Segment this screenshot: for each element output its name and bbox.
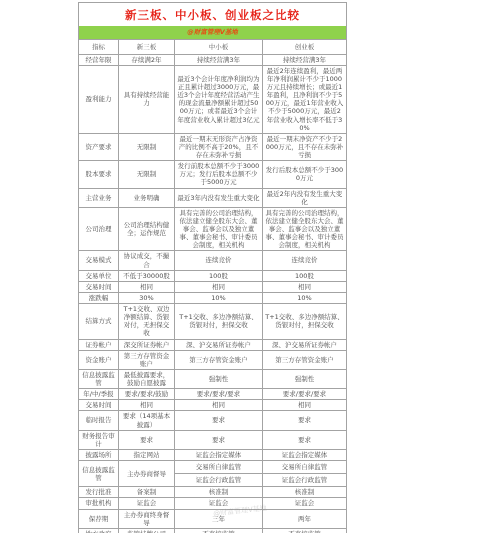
table-row: 审批机构证监会证监会证监会 xyxy=(79,498,347,509)
table-cell: 公司治理结构健全；运作规范 xyxy=(119,207,175,251)
table-cell: 主办券商督导 xyxy=(119,461,175,487)
header-cell-neeq: 新三板 xyxy=(119,39,175,54)
table-row: 财务报告审计要求要求要求 xyxy=(79,430,347,449)
row-label: 交易单位 xyxy=(79,270,119,281)
table-cell: 要求 xyxy=(175,430,263,449)
table-cell: 最近一期末净资产不少于2000万元，且不存在未弥补亏损 xyxy=(263,133,347,160)
table-cell: 第三方存管资金账户 xyxy=(263,350,347,369)
row-label: 交易时间 xyxy=(79,281,119,292)
table-row: 交易时间相同相同相同 xyxy=(79,281,347,292)
table-cell: 三年 xyxy=(175,509,263,528)
table-cell: 无限制 xyxy=(119,161,175,188)
table-row: 资金账户第三方存管资金账户第三方存管资金账户第三方存管资金账户 xyxy=(79,350,347,369)
table-cell: 证监会 xyxy=(119,498,175,509)
table-subcell: 交易所自律监管 xyxy=(263,461,346,473)
table-cell: 交易所自律监管证监会行政监管 xyxy=(175,461,263,487)
table-row: 资产要求无限制最近一期末无形资产占净资产的比例不高于20%，且不存在未弥补亏损最… xyxy=(79,133,347,160)
table-row: 交易模式协议成交，不撮合连续竞价连续竞价 xyxy=(79,251,347,270)
table-row: 证券帐户深交所证券帐户深、沪交易所证券帐户深、沪交易所证券帐户 xyxy=(79,339,347,350)
banner-cell: @财富管理V基地 xyxy=(79,26,347,39)
row-label: 临时报告 xyxy=(79,411,119,430)
row-label: 信息披露监管 xyxy=(79,461,119,487)
page-title: 新三板、中小板、创业板之比较 xyxy=(79,3,347,27)
table-cell: 核准制 xyxy=(263,487,347,498)
table-cell: 深、沪交易所证券帐户 xyxy=(175,339,263,350)
row-label: 交易时间 xyxy=(79,400,119,411)
table-cell: 发行后股本总额不少于3000万元 xyxy=(263,161,347,188)
table-cell: 证监会 xyxy=(175,498,263,509)
table-cell: 强制性 xyxy=(175,369,263,388)
table-cell: 连续竞价 xyxy=(175,251,263,270)
row-label: 经营年限 xyxy=(79,54,119,65)
table-cell: 核准制 xyxy=(175,487,263,498)
table-row: 涨跌幅30%10%10% xyxy=(79,292,347,303)
row-label: 披露场所 xyxy=(79,449,119,460)
table-cell: 发行前股本总额不少于3000万元；发行后股本总额不少于5000万元 xyxy=(175,161,263,188)
table-cell: 最近2年内没有发生重大变化 xyxy=(263,188,347,207)
table-cell: 交易所自律监管证监会行政监管 xyxy=(263,461,347,487)
table-cell: 要求（14项基本披露） xyxy=(119,411,175,430)
table-cell: 相同 xyxy=(119,400,175,411)
table-row: 临时报告要求（14项基本披露）要求要求 xyxy=(79,411,347,430)
table-cell: 持续经营满3年 xyxy=(175,54,263,65)
table-row: 地方政府监管挂牌公司不直接监管不直接监管 xyxy=(79,528,347,533)
title-row: 新三板、中小板、创业板之比较 xyxy=(79,3,347,27)
row-label: 公司治理 xyxy=(79,207,119,251)
table-row: 交易时间相同相同相同 xyxy=(79,400,347,411)
table-cell: 最近2年连续盈利，最近两年净利润累计不少于1000万元且持续增长；或最近1年盈利… xyxy=(263,65,347,133)
table-cell: 最低披露要求，鼓励自愿披露 xyxy=(119,369,175,388)
table-cell: 100股 xyxy=(175,270,263,281)
table-row: 年/中/季报要求/要求/鼓励要求/要求/要求要求/要求/要求 xyxy=(79,389,347,400)
table-cell: 连续竞价 xyxy=(263,251,347,270)
row-label: 资产要求 xyxy=(79,133,119,160)
table-row: 股本要求无限制发行前股本总额不少于3000万元；发行后股本总额不少于5000万元… xyxy=(79,161,347,188)
header-cell-indicator: 指标 xyxy=(79,39,119,54)
row-label: 交易模式 xyxy=(79,251,119,270)
table-cell: 相同 xyxy=(175,400,263,411)
row-label: 信息披露监管 xyxy=(79,369,119,388)
table-cell: 深交所证券帐户 xyxy=(119,339,175,350)
row-label: 主营业务 xyxy=(79,188,119,207)
table-cell: T+1交收、多边净额结算、货银对付，担保交收 xyxy=(263,304,347,340)
table-cell: 不直接监管 xyxy=(263,528,347,533)
table-cell: 100股 xyxy=(263,270,347,281)
header-cell-sme: 中小板 xyxy=(175,39,263,54)
table-row: 公司治理公司治理结构健全；运作规范具有完善的公司治理结构，依法建立健全股东大会、… xyxy=(79,207,347,251)
table-cell: 持续经营满3年 xyxy=(263,54,347,65)
table-cell: 10% xyxy=(263,292,347,303)
table-row: 发行批准备案制核准制核准制 xyxy=(79,487,347,498)
table-cell: T+1交收、双边净额结算、货银对付，无担保交收 xyxy=(119,304,175,340)
row-label: 年/中/季报 xyxy=(79,389,119,400)
table-cell: 无限制 xyxy=(119,133,175,160)
table-cell: 要求 xyxy=(119,430,175,449)
table-cell: 相同 xyxy=(119,281,175,292)
table-cell: 相同 xyxy=(263,400,347,411)
table-cell: 证监会 xyxy=(263,498,347,509)
table-header-row: 指标 新三板 中小板 创业板 xyxy=(79,39,347,54)
header-cell-chinext: 创业板 xyxy=(263,39,347,54)
table-cell: 存续满2年 xyxy=(119,54,175,65)
row-label: 保荐期 xyxy=(79,509,119,528)
row-label: 股本要求 xyxy=(79,161,119,188)
table-row: 主营业务业务明确最近3年内没有发生重大变化最近2年内没有发生重大变化 xyxy=(79,188,347,207)
table-cell: 第三方存管资金账户 xyxy=(119,350,175,369)
row-label: 地方政府 xyxy=(79,528,119,533)
row-label: 审批机构 xyxy=(79,498,119,509)
table-row: 盈利能力具有持续经营能力最近3个会计年度净利润均为正且累计超过3000万元，最近… xyxy=(79,65,347,133)
row-label: 结算方式 xyxy=(79,304,119,340)
table-cell: 指定网站 xyxy=(119,449,175,460)
row-label: 盈利能力 xyxy=(79,65,119,133)
table-row: 保荐期主办券商终身督导三年两年 xyxy=(79,509,347,528)
table-cell: 要求/要求/鼓励 xyxy=(119,389,175,400)
table-cell: 要求 xyxy=(263,411,347,430)
table-row: 结算方式T+1交收、双边净额结算、货银对付，无担保交收T+1交收、多边净额结算、… xyxy=(79,304,347,340)
table-cell: 要求/要求/要求 xyxy=(175,389,263,400)
table-subcell: 证监会行政监管 xyxy=(263,473,346,486)
table-row: 信息披露监管主办券商督导交易所自律监管证监会行政监管交易所自律监管证监会行政监管 xyxy=(79,461,347,487)
table-cell: 具有完善的公司治理结构，依法建立健全股东大会、董事会、监事会以及独立董事、董事会… xyxy=(175,207,263,251)
table-subcell: 证监会行政监管 xyxy=(175,473,262,486)
table-cell: 10% xyxy=(175,292,263,303)
table-cell: 两年 xyxy=(263,509,347,528)
row-label: 涨跌幅 xyxy=(79,292,119,303)
row-label: 证券帐户 xyxy=(79,339,119,350)
table-cell: 证监会指定媒体 xyxy=(263,449,347,460)
comparison-sheet: 新三板、中小板、创业板之比较 @财富管理V基地 指标 新三板 中小板 创业板 经… xyxy=(78,2,346,533)
table-cell: 具有持续经营能力 xyxy=(119,65,175,133)
table-cell: 协议成交，不撮合 xyxy=(119,251,175,270)
banner: @财富管理V基地 xyxy=(79,26,347,39)
table-cell: 第三方存管资金账户 xyxy=(175,350,263,369)
table-row: 信息披露监管最低披露要求，鼓励自愿披露强制性强制性 xyxy=(79,369,347,388)
table-cell: 业务明确 xyxy=(119,188,175,207)
table-cell: 不低于30000股 xyxy=(119,270,175,281)
table-cell: 相同 xyxy=(175,281,263,292)
row-label: 财务报告审计 xyxy=(79,430,119,449)
comparison-table: 新三板、中小板、创业板之比较 @财富管理V基地 指标 新三板 中小板 创业板 经… xyxy=(78,2,347,533)
table-cell: 最近3个会计年度净利润均为正且累计超过3000万元，最近3个会计年度经营活动产生… xyxy=(175,65,263,133)
table-cell: 主办券商终身督导 xyxy=(119,509,175,528)
table-cell: 备案制 xyxy=(119,487,175,498)
table-cell: 要求 xyxy=(263,430,347,449)
table-cell: 最近一期末无形资产占净资产的比例不高于20%，且不存在未弥补亏损 xyxy=(175,133,263,160)
table-cell: 强制性 xyxy=(263,369,347,388)
table-cell: 要求 xyxy=(175,411,263,430)
table-cell: 30% xyxy=(119,292,175,303)
banner-text: @财富管理V基地 xyxy=(187,28,238,36)
table-row: 交易单位不低于30000股100股100股 xyxy=(79,270,347,281)
table-cell: 要求/要求/要求 xyxy=(263,389,347,400)
table-subcell: 交易所自律监管 xyxy=(175,461,262,473)
table-cell: 相同 xyxy=(263,281,347,292)
row-label: 资金账户 xyxy=(79,350,119,369)
table-row: 经营年限存续满2年持续经营满3年持续经营满3年 xyxy=(79,54,347,65)
table-row: 披露场所指定网站证监会指定媒体证监会指定媒体 xyxy=(79,449,347,460)
table-cell: T+1交收、多边净额结算、货银对付，担保交收 xyxy=(175,304,263,340)
table-cell: 监管挂牌公司 xyxy=(119,528,175,533)
table-cell: 最近3年内没有发生重大变化 xyxy=(175,188,263,207)
table-cell: 深、沪交易所证券帐户 xyxy=(263,339,347,350)
table-cell: 具有完善的公司治理结构，依法建立健全股东大会、董事会、监事会以及独立董事、董事会… xyxy=(263,207,347,251)
table-cell: 不直接监管 xyxy=(175,528,263,533)
row-label: 发行批准 xyxy=(79,487,119,498)
table-cell: 证监会指定媒体 xyxy=(175,449,263,460)
